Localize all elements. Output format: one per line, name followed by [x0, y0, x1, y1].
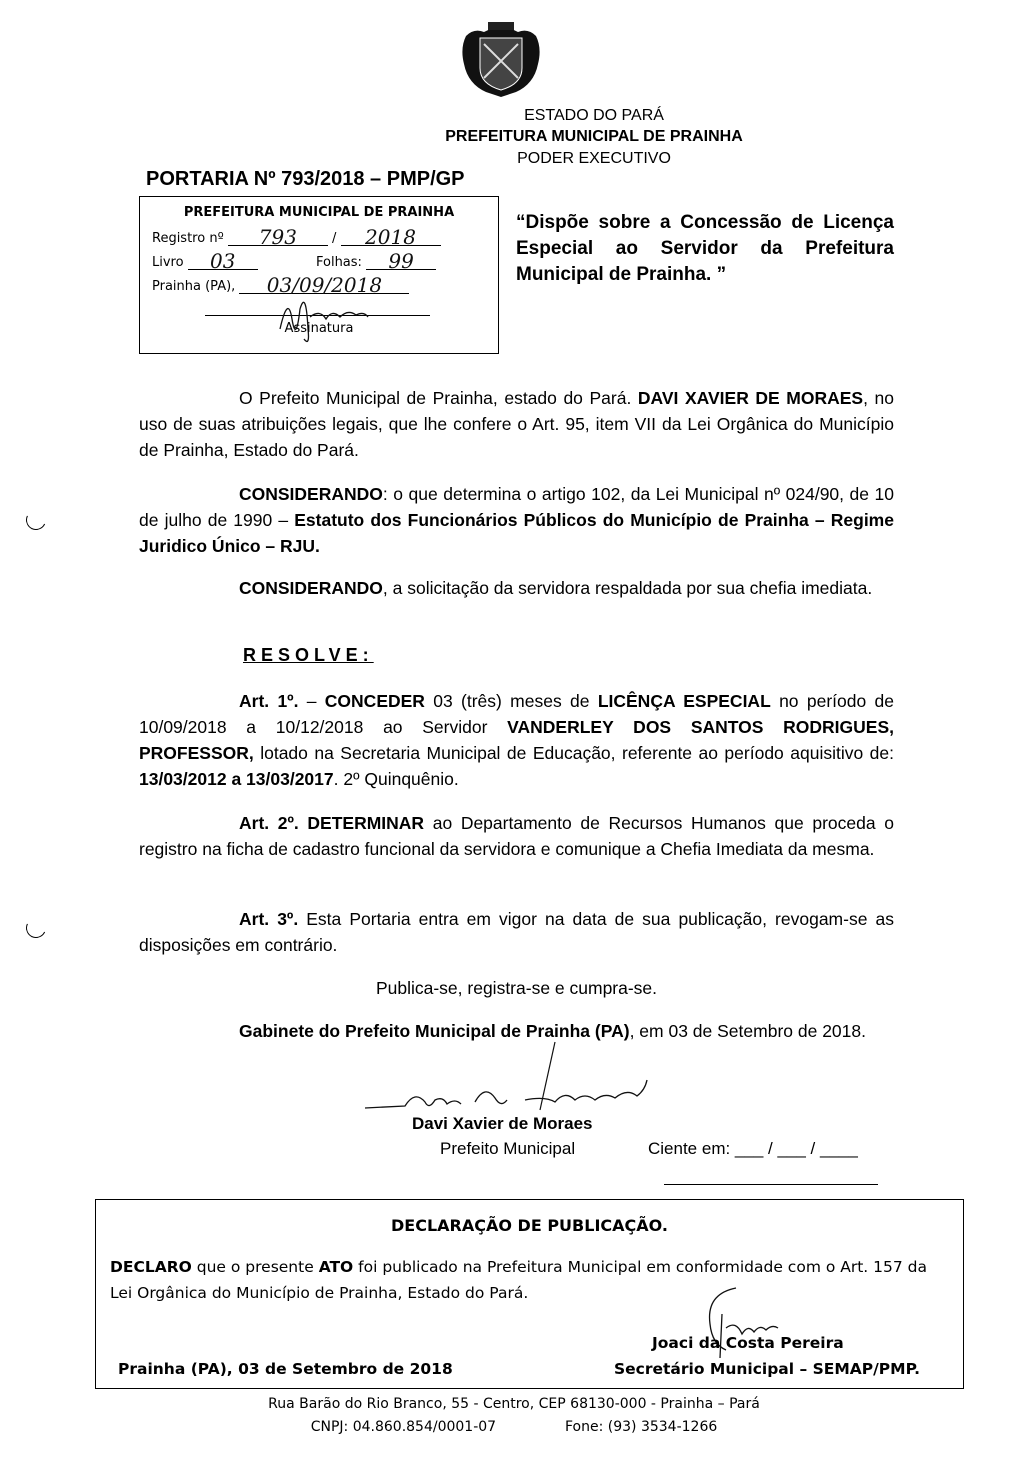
- footer-contact: CNPJ: 04.860.854/0001-07 Fone: (93) 3534…: [0, 1419, 1028, 1435]
- registro-label: Registro nº: [152, 231, 224, 246]
- ciente-signature-line: [664, 1184, 878, 1185]
- footer-cnpj: CNPJ: 04.860.854/0001-07: [311, 1419, 496, 1435]
- livro-label: Livro: [152, 255, 184, 270]
- closing-formula: Publica-se, registra-se e cumpra-se.: [139, 975, 894, 1001]
- considerando-1: CONSIDERANDO: o que determina o artigo 1…: [139, 481, 894, 559]
- mayor-name-signature: Davi Xavier de Moraes: [412, 1114, 592, 1134]
- declaration-place-date: Prainha (PA), 03 de Setembro de 2018: [118, 1360, 453, 1378]
- state-name: ESTADO DO PARÁ: [80, 106, 1028, 126]
- prefecture-name: PREFEITURA MUNICIPAL DE PRAINHA: [80, 127, 1028, 147]
- footer-phone: Fone: (93) 3534-1266: [565, 1419, 717, 1435]
- folhas-label: Folhas:: [316, 255, 362, 270]
- executive-branch: PODER EXECUTIVO: [80, 149, 1028, 169]
- secretary-signature: [696, 1284, 816, 1364]
- declaration-title: DECLARAÇÃO DE PUBLICAÇÃO.: [96, 1216, 963, 1235]
- binder-hole-mark: [23, 507, 49, 533]
- registro-number: 793: [228, 229, 328, 246]
- signature-label: Assinatura: [140, 321, 498, 336]
- registration-stamp: PREFEITURA MUNICIPAL DE PRAINHA Registro…: [139, 196, 499, 354]
- place-label: Prainha (PA),: [152, 279, 235, 294]
- binder-hole-mark: [23, 915, 49, 941]
- mayor-role: Prefeito Municipal: [440, 1139, 575, 1159]
- ciente-field: Ciente em: ___ / ___ / ____: [648, 1139, 858, 1159]
- publication-declaration: DECLARAÇÃO DE PUBLICAÇÃO. DECLARO que o …: [95, 1199, 964, 1389]
- preamble: O Prefeito Municipal de Prainha, estado …: [139, 385, 894, 463]
- ementa: “Dispõe sobre a Concessão de Licença Esp…: [516, 210, 894, 288]
- mayor-name: DAVI XAVIER DE MORAES: [638, 388, 863, 408]
- livro-value: 03: [188, 253, 258, 270]
- article-2: Art. 2º. DETERMINAR ao Departamento de R…: [139, 810, 894, 862]
- registro-year: 2018: [341, 229, 441, 246]
- resolve-heading: RESOLVE:: [243, 645, 374, 666]
- folhas-value: 99: [366, 253, 436, 270]
- portaria-title: PORTARIA Nº 793/2018 – PMP/GP: [146, 168, 465, 191]
- footer-address: Rua Barão do Rio Branco, 55 - Centro, CE…: [0, 1396, 1028, 1412]
- stamp-signature-scribble: [270, 289, 390, 349]
- declaration-text: DECLARO que o presente ATO foi publicado…: [110, 1254, 953, 1306]
- article-1: Art. 1º. – CONCEDER 03 (três) meses de L…: [139, 688, 894, 792]
- article-3: Art. 3º. Esta Portaria entra em vigor na…: [139, 906, 894, 958]
- secretary-name: Joaci da Costa Pereira: [652, 1334, 844, 1352]
- mayor-signature: [365, 1040, 655, 1120]
- coat-of-arms-icon: [458, 18, 544, 98]
- considerando-2: CONSIDERANDO, a solicitação da servidora…: [139, 575, 894, 601]
- secretary-role: Secretário Municipal – SEMAP/PMP.: [614, 1360, 920, 1378]
- stamp-title: PREFEITURA MUNICIPAL DE PRAINHA: [140, 205, 498, 220]
